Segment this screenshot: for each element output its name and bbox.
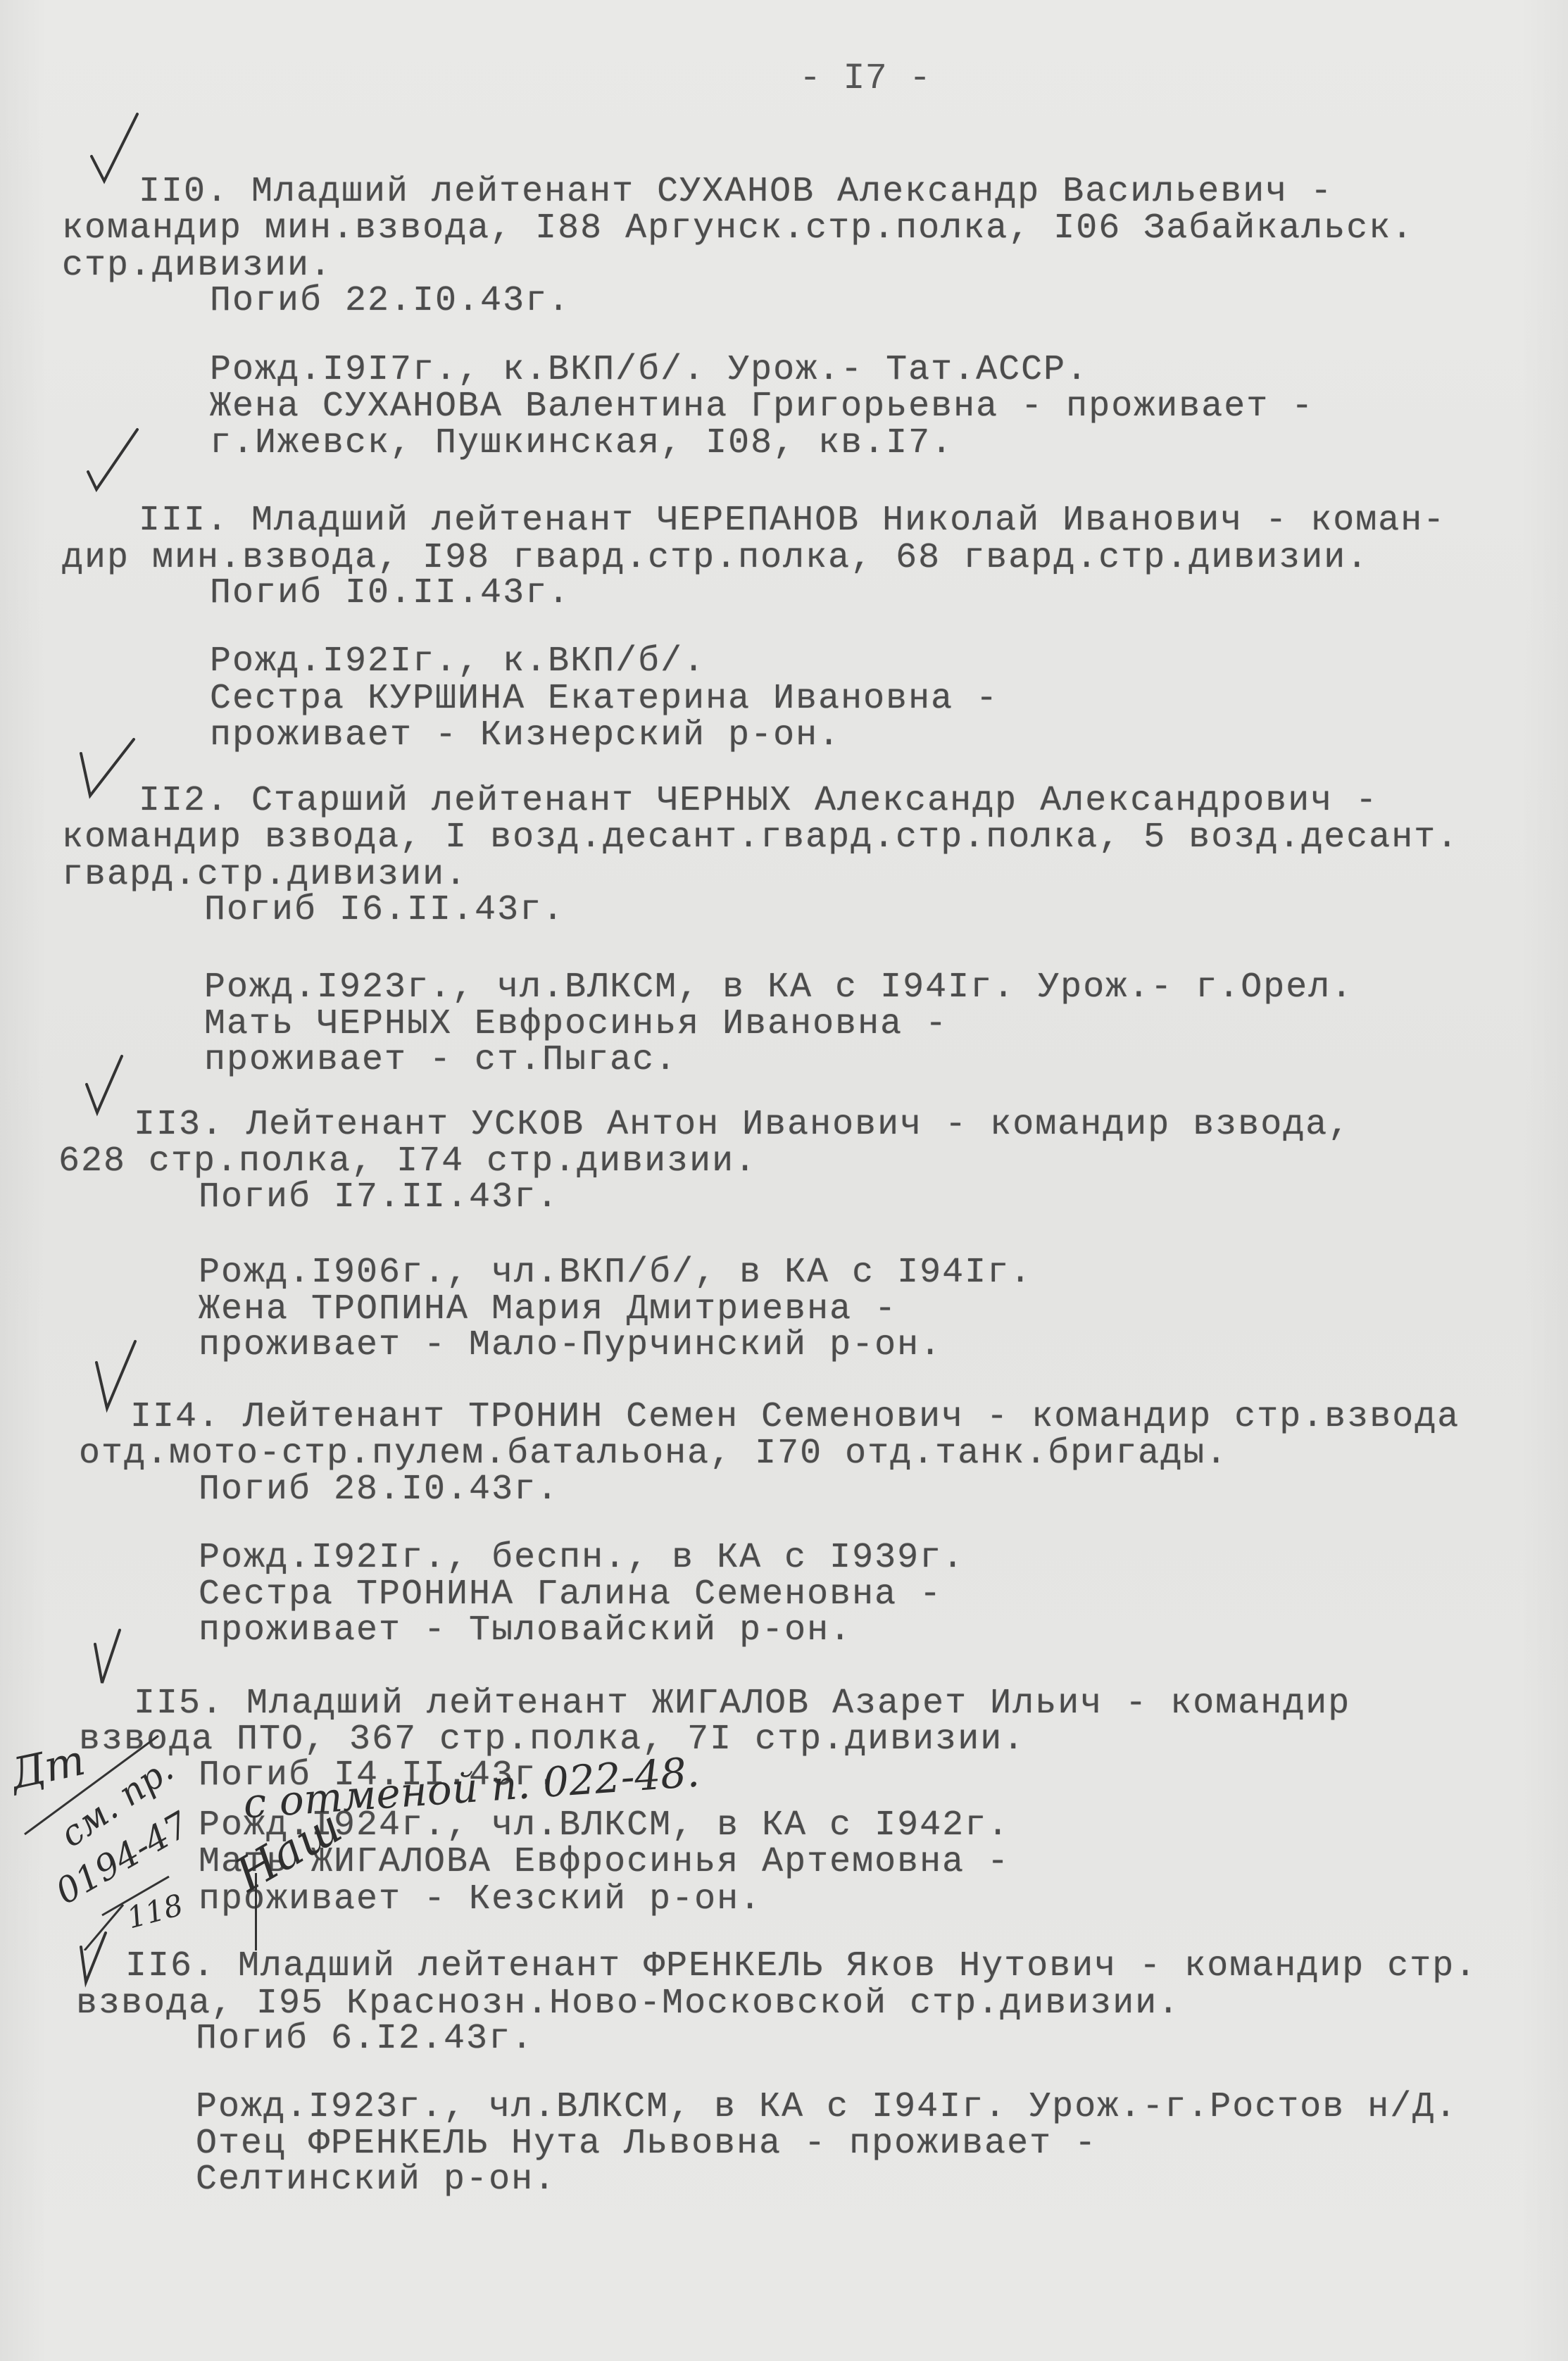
entry-111-line-2: дир мин.взвода, І98 гвард.стр.полка, 68 … — [62, 539, 1369, 578]
entry-114-born: Рожд.І92Іг., беспн., в КА с І939г. — [199, 1539, 965, 1578]
entry-113-born: Рожд.І906г., чл.ВКП/б/, в КА с І94Іг. — [199, 1253, 1032, 1293]
entry-110-line-3: стр.дивизии. — [62, 246, 332, 286]
entry-111-address: проживает - Кизнерский р-он. — [210, 716, 841, 756]
entry-116-line-2: взвода, І95 Краснозн.Ново-Московской стр… — [76, 1984, 1180, 2024]
handwritten-vertical-line — [255, 1873, 257, 1950]
check-mark-icon — [92, 1616, 155, 1686]
entry-113-address: проживает - Мало-Пурчинский р-он. — [199, 1326, 942, 1365]
entry-114-line-1: ІІ4. Лейтенант ТРОНИН Семен Семенович - … — [130, 1398, 1460, 1437]
entry-113-died: Погиб І7.ІІ.43г. — [199, 1178, 559, 1217]
entry-110-line-1: ІІ0. Младший лейтенант СУХАНОВ Александр… — [139, 173, 1333, 212]
entry-112-line-1: ІІ2. Старший лейтенант ЧЕРНЫХ Александр … — [139, 782, 1378, 821]
entry-114-relative: Сестра ТРОНИНА Галина Семеновна - — [199, 1575, 942, 1615]
entry-113-line-1: ІІ3. Лейтенант УСКОВ Антон Иванович - ко… — [134, 1106, 1350, 1145]
entry-112-born: Рожд.І923г., чл.ВЛКСМ, в КА с І94Іг. Уро… — [204, 968, 1353, 1008]
entry-114-died: Погиб 28.І0.43г. — [199, 1470, 559, 1510]
page-number: - I7 - — [799, 58, 931, 99]
entry-112-line-2: командир взвода, І возд.десант.гвард.стр… — [62, 818, 1459, 858]
entry-110-born: Рожд.І9І7г., к.ВКП/б/. Урож.- Тат.АССР. — [210, 351, 1089, 390]
entry-112-line-3: гвард.стр.дивизии. — [62, 856, 468, 895]
entry-114-line-2: отд.мото-стр.пулем.батальона, І70 отд.та… — [79, 1434, 1228, 1474]
entry-112-died: Погиб І6.ІІ.43г. — [204, 891, 565, 930]
entry-116-born: Рожд.І923г., чл.ВЛКСМ, в КА с І94Іг. Уро… — [196, 2088, 1457, 2127]
entry-111-born: Рожд.І92Іг., к.ВКП/б/. — [210, 642, 705, 682]
entry-113-line-2: 628 стр.полка, І74 стр.дивизии. — [58, 1142, 757, 1182]
entry-110-line-2: командир мин.взвода, І88 Аргунск.стр.пол… — [62, 209, 1414, 249]
entry-110-relative: Жена СУХАНОВА Валентина Григорьевна - пр… — [210, 387, 1314, 427]
entry-111-died: Погиб І0.ІІ.43г. — [210, 574, 570, 613]
entry-112-relative: Мать ЧЕРНЫХ Евфросинья Ивановна - — [204, 1005, 948, 1044]
entry-116-died: Погиб 6.І2.43г. — [196, 2019, 534, 2059]
entry-110-died: Погиб 22.І0.43г. — [210, 282, 570, 321]
entry-112-address: проживает - ст.Пыгас. — [204, 1041, 677, 1080]
scanned-document-page: - I7 - ІІ0. Младший лейтенант СУХАНОВ Ал… — [0, 0, 1568, 2361]
entry-114-address: проживает - Тыловайский р-он. — [199, 1611, 852, 1651]
entry-111-relative: Сестра КУРШИНА Екатерина Ивановна - — [210, 680, 998, 719]
check-mark-icon — [77, 725, 141, 796]
entry-113-relative: Жена ТРОПИНА Мария Дмитриевна - — [199, 1290, 897, 1329]
entry-110-address: г.Ижевск, Пушкинская, І08, кв.І7. — [210, 424, 953, 463]
entry-116-relative: Отец ФРЕНКЕЛЬ Нута Львовна - проживает - — [196, 2124, 1097, 2164]
entry-116-address: Селтинский р-он. — [196, 2160, 556, 2200]
check-mark-icon — [81, 422, 144, 493]
entry-116-line-1: ІІ6. Младший лейтенант ФРЕНКЕЛЬ Яков Нут… — [125, 1947, 1477, 1986]
entry-111-line-1: ІІІ. Младший лейтенант ЧЕРЕПАНОВ Николай… — [139, 501, 1445, 541]
